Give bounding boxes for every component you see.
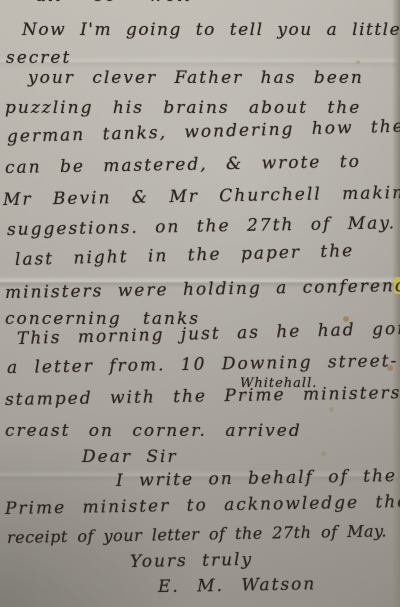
handwriting-line: last night in the paper the bbox=[15, 241, 355, 270]
handwriting-line: your clever Father has been bbox=[28, 68, 364, 88]
handwriting-line: creast on corner. arrived bbox=[5, 421, 302, 441]
handwriting-line: suggestions. on the 27th of May. bbox=[7, 213, 396, 240]
handwriting-line: Now I'm going to tell you a little bbox=[22, 20, 400, 40]
handwriting-line: Mr Bevin & Mr Churchell making bbox=[3, 183, 400, 210]
salutation: Dear Sir bbox=[82, 447, 178, 467]
handwriting-line: all so well bbox=[36, 0, 192, 6]
handwriting-line: Prime minister to acknowledge the bbox=[5, 492, 400, 519]
handwriting-line: german tanks, wondering how they bbox=[7, 116, 400, 147]
foxing-spot bbox=[329, 407, 334, 412]
handwriting-line: can be mastered, & wrote to bbox=[5, 152, 361, 178]
handwriting-line: receipt of your letter of the 27th of Ma… bbox=[7, 521, 387, 547]
foxing-spot bbox=[321, 451, 326, 456]
handwriting-line: I write on behalf of the bbox=[116, 466, 397, 491]
handwriting-line: stamped with the Prime ministers bbox=[5, 383, 400, 410]
handwriting-line: a letter from. 10 Downing street- bbox=[7, 351, 399, 378]
foxing-spot bbox=[356, 60, 360, 64]
handwritten-letter-photo: all so well Now I'm going to tell you a … bbox=[0, 0, 400, 607]
handwriting-line: secret bbox=[6, 48, 71, 68]
handwriting-line: puzzling his brains about the bbox=[5, 98, 361, 118]
closing: Yours truly bbox=[130, 550, 253, 572]
signature: E. M. Watson bbox=[158, 574, 317, 597]
paper-edge bbox=[392, 0, 400, 607]
handwriting-line: ministers were holding a conference bbox=[5, 276, 400, 303]
